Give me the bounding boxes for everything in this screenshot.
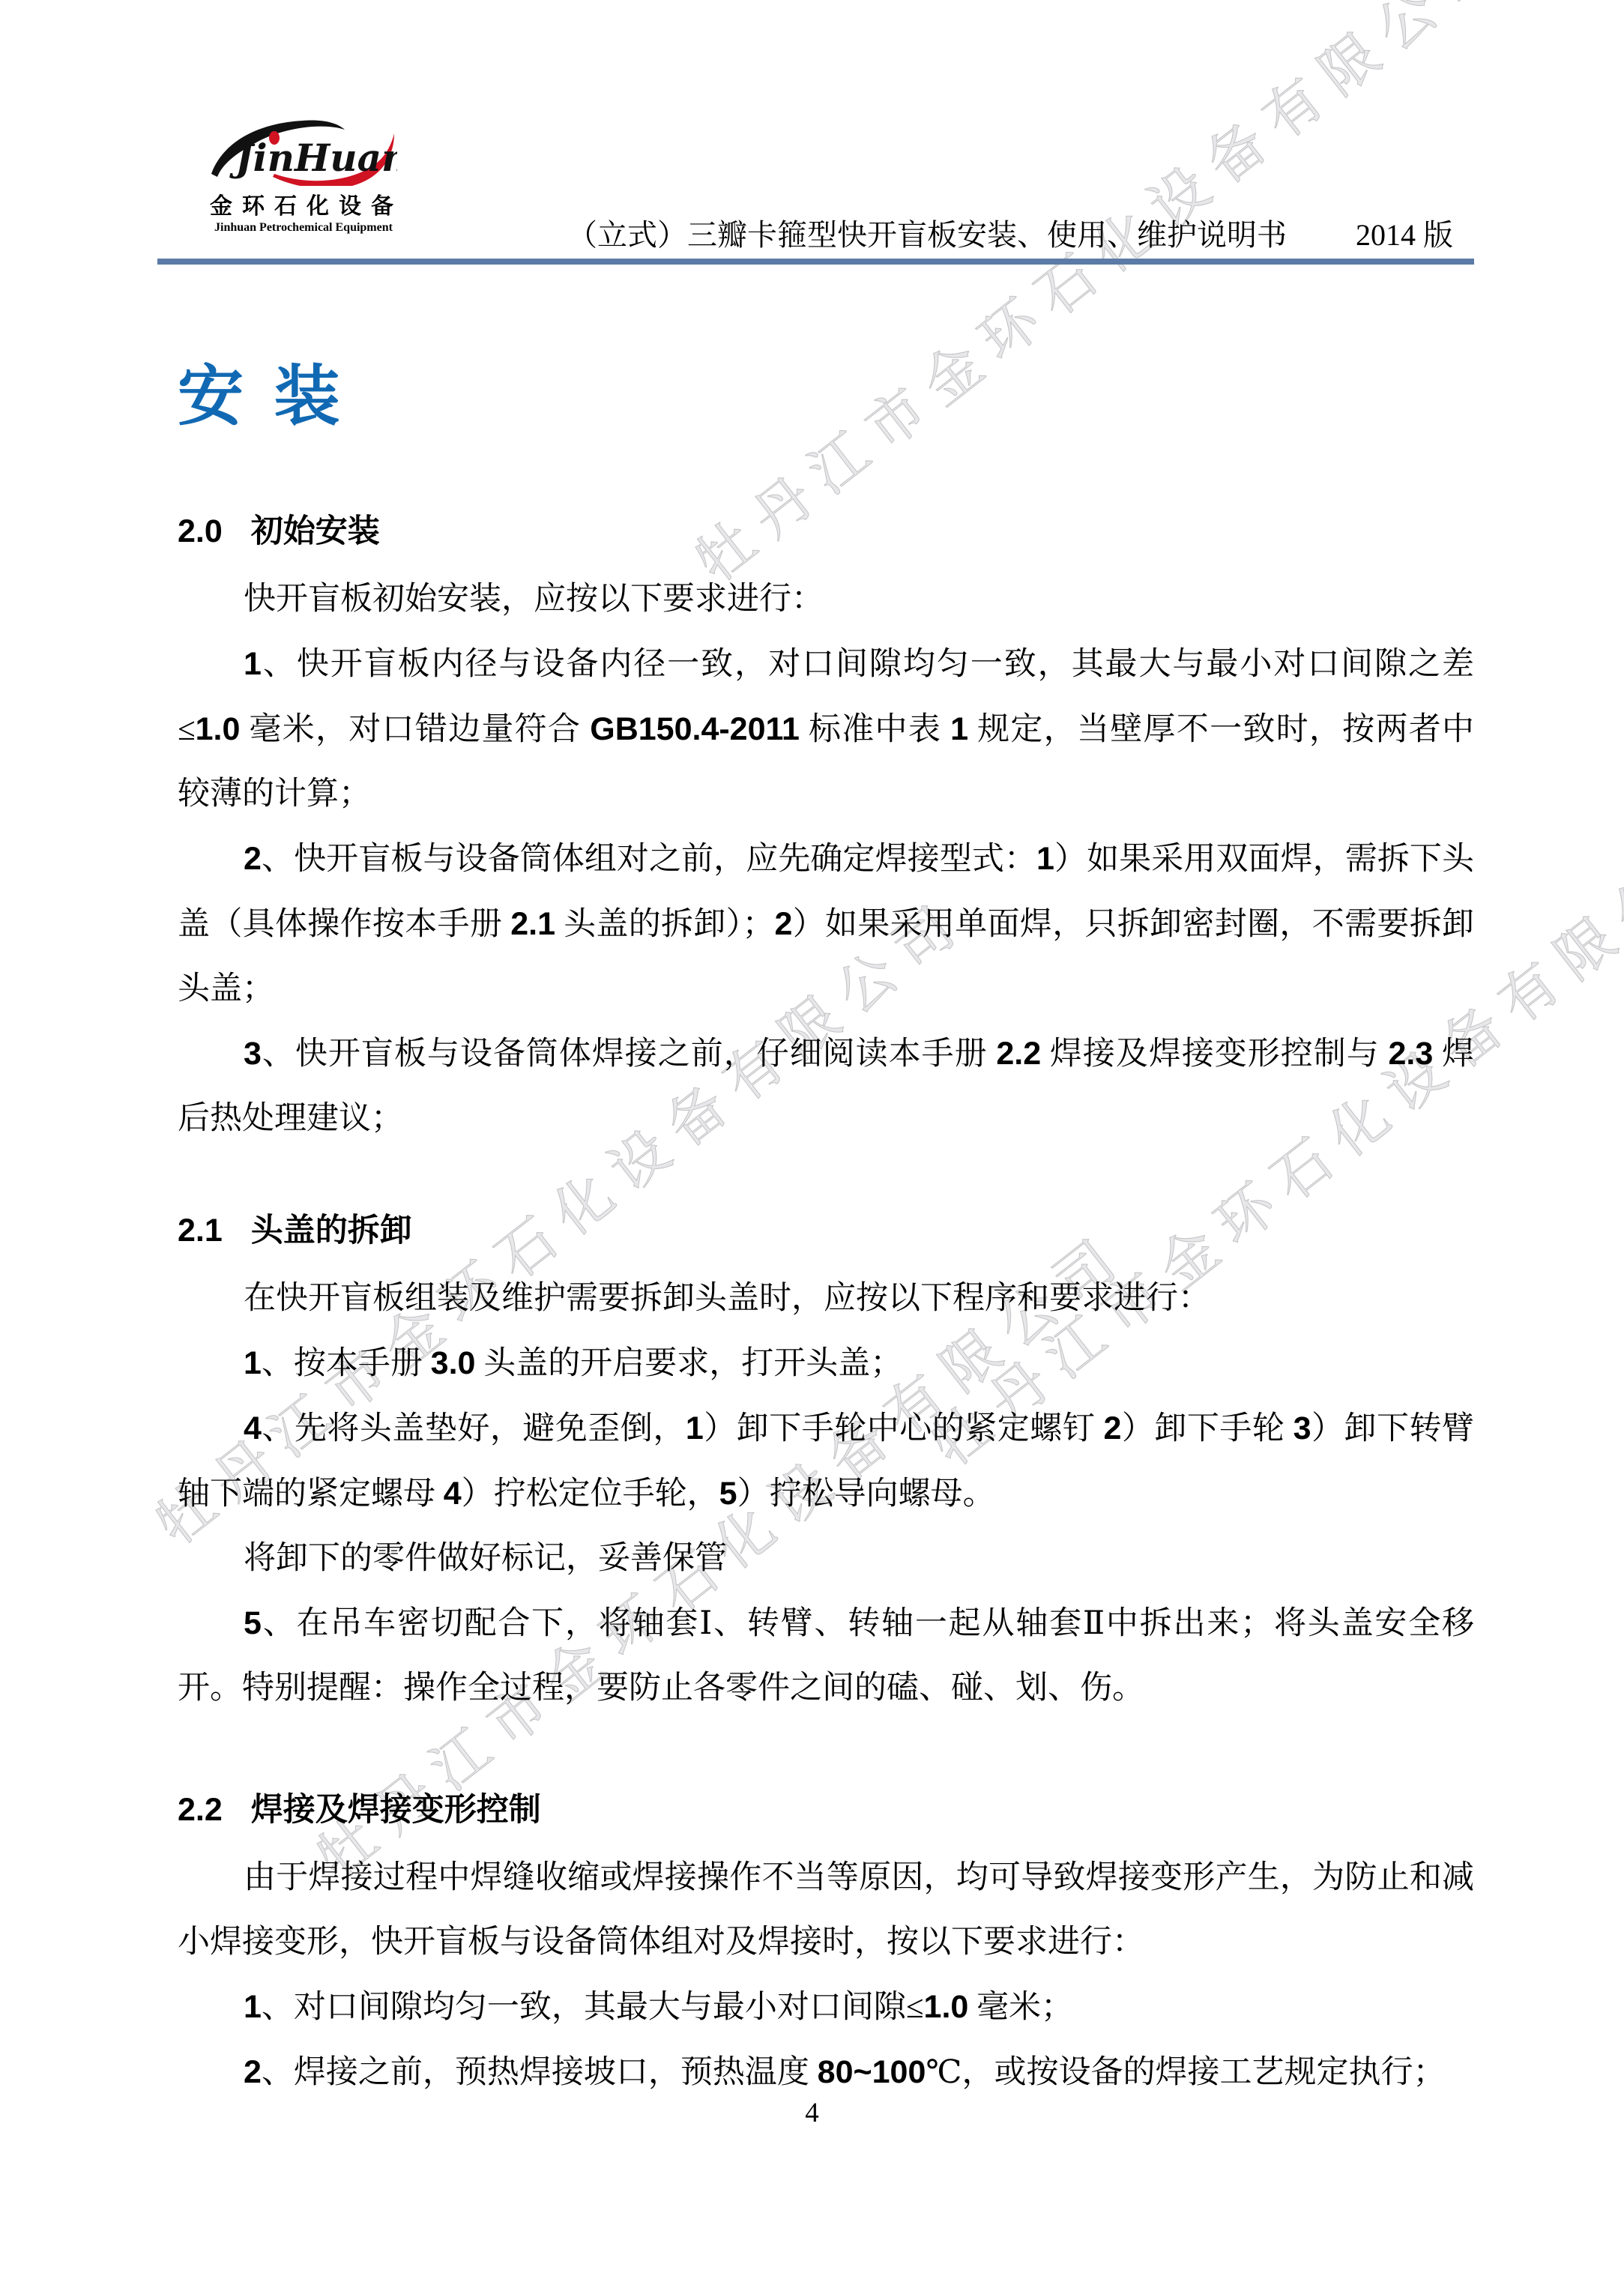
page-content: 安 装 2.0初始安装快开盲板初始安装，应按以下要求进行：1、快开盲板内径与设备… xyxy=(178,265,1474,2105)
paragraph: 1、按本手册 3.0 头盖的开启要求，打开头盖； xyxy=(178,1331,1474,1396)
section-number: 2.0 xyxy=(178,513,223,549)
section-heading: 2.2焊接及焊接变形控制 xyxy=(178,1792,1474,1828)
logo-script-text: JinHuan xyxy=(229,136,397,180)
section-2.1: 2.1头盖的拆卸在快开盲板组装及维护需要拆卸头盖时，应按以下程序和要求进行：1、… xyxy=(178,1213,1474,1721)
sections-container: 2.0初始安装快开盲板初始安装，应按以下要求进行：1、快开盲板内径与设备内径一致… xyxy=(178,513,1474,2105)
header-divider xyxy=(157,259,1474,265)
section-title: 头盖的拆卸 xyxy=(251,1213,412,1249)
section-heading: 2.1头盖的拆卸 xyxy=(178,1213,1474,1249)
document-title-line: （立式）三瓣卡箍型快开盲板安装、使用、维护说明书2014 版 xyxy=(567,211,1453,254)
paragraph: 2、快开盲板与设备筒体组对之前，应先确定焊接型式：1）如果采用双面焊，需拆下头盖… xyxy=(178,827,1474,1021)
chapter-heading: 安 装 xyxy=(178,363,1474,429)
paragraph: 1、对口间隙均匀一致，其最大与最小对口间隙≤1.0 毫米； xyxy=(178,1975,1474,2040)
paragraph: 在快开盲板组装及维护需要拆卸头盖时，应按以下程序和要求进行： xyxy=(178,1267,1474,1331)
section-2.2: 2.2焊接及焊接变形控制由于焊接过程中焊缝收缩或焊接操作不当等原因，均可导致焊接… xyxy=(178,1792,1474,2105)
section-heading: 2.0初始安装 xyxy=(178,513,1474,549)
paragraph: 由于焊接过程中焊缝收缩或焊接操作不当等原因，均可导致焊接变形产生，为防止和减小焊… xyxy=(178,1846,1474,1975)
section-title: 初始安装 xyxy=(251,513,380,549)
section-number: 2.2 xyxy=(178,1792,223,1828)
company-logo: JinHuan 金环石化设备 Jinhuan Petrochemical Equ… xyxy=(210,117,397,235)
logo-english-name: Jinhuan Petrochemical Equipment xyxy=(210,221,397,235)
section-title: 焊接及焊接变形控制 xyxy=(251,1792,541,1828)
section-number: 2.1 xyxy=(178,1213,223,1249)
paragraph: 将卸下的零件做好标记，妥善保管 xyxy=(178,1527,1474,1591)
section-2.0: 2.0初始安装快开盲板初始安装，应按以下要求进行：1、快开盲板内径与设备内径一致… xyxy=(178,513,1474,1151)
paragraph: 3、快开盲板与设备筒体焊接之前，仔细阅读本手册 2.2 焊接及焊接变形控制与 2… xyxy=(178,1021,1474,1151)
paragraph: 快开盲板初始安装，应按以下要求进行： xyxy=(178,567,1474,632)
document-edition: 2014 版 xyxy=(1356,218,1453,252)
paragraph: 1、快开盲板内径与设备内径一致，对口间隙均匀一致，其最大与最小对口间隙之差≤1.… xyxy=(178,632,1474,827)
logo-chinese-name: 金环石化设备 xyxy=(210,187,397,220)
paragraph: 4、先将头盖垫好，避免歪倒，1）卸下手轮中心的紧定螺钉 2）卸下手轮 3）卸下转… xyxy=(178,1396,1474,1527)
paragraph: 2、焊接之前，预热焊接坡口，预热温度 80~100℃，或按设备的焊接工艺规定执行… xyxy=(178,2040,1474,2105)
jinhuan-logo-graphic: JinHuan xyxy=(210,117,397,186)
manual-page: 牡丹江市金环石化设备有限公司 牡丹江市金环石化设备有限公司 牡丹江市金环石化设备… xyxy=(0,0,1624,2279)
page-number: 4 xyxy=(805,2098,819,2128)
document-title: （立式）三瓣卡箍型快开盲板安装、使用、维护说明书 xyxy=(567,218,1287,252)
page-footer: 4 xyxy=(0,2097,1624,2129)
paragraph: 5、在吊车密切配合下，将轴套Ⅰ、转臂、转轴一起从轴套Ⅱ中拆出来；将头盖安全移开。… xyxy=(178,1591,1474,1721)
